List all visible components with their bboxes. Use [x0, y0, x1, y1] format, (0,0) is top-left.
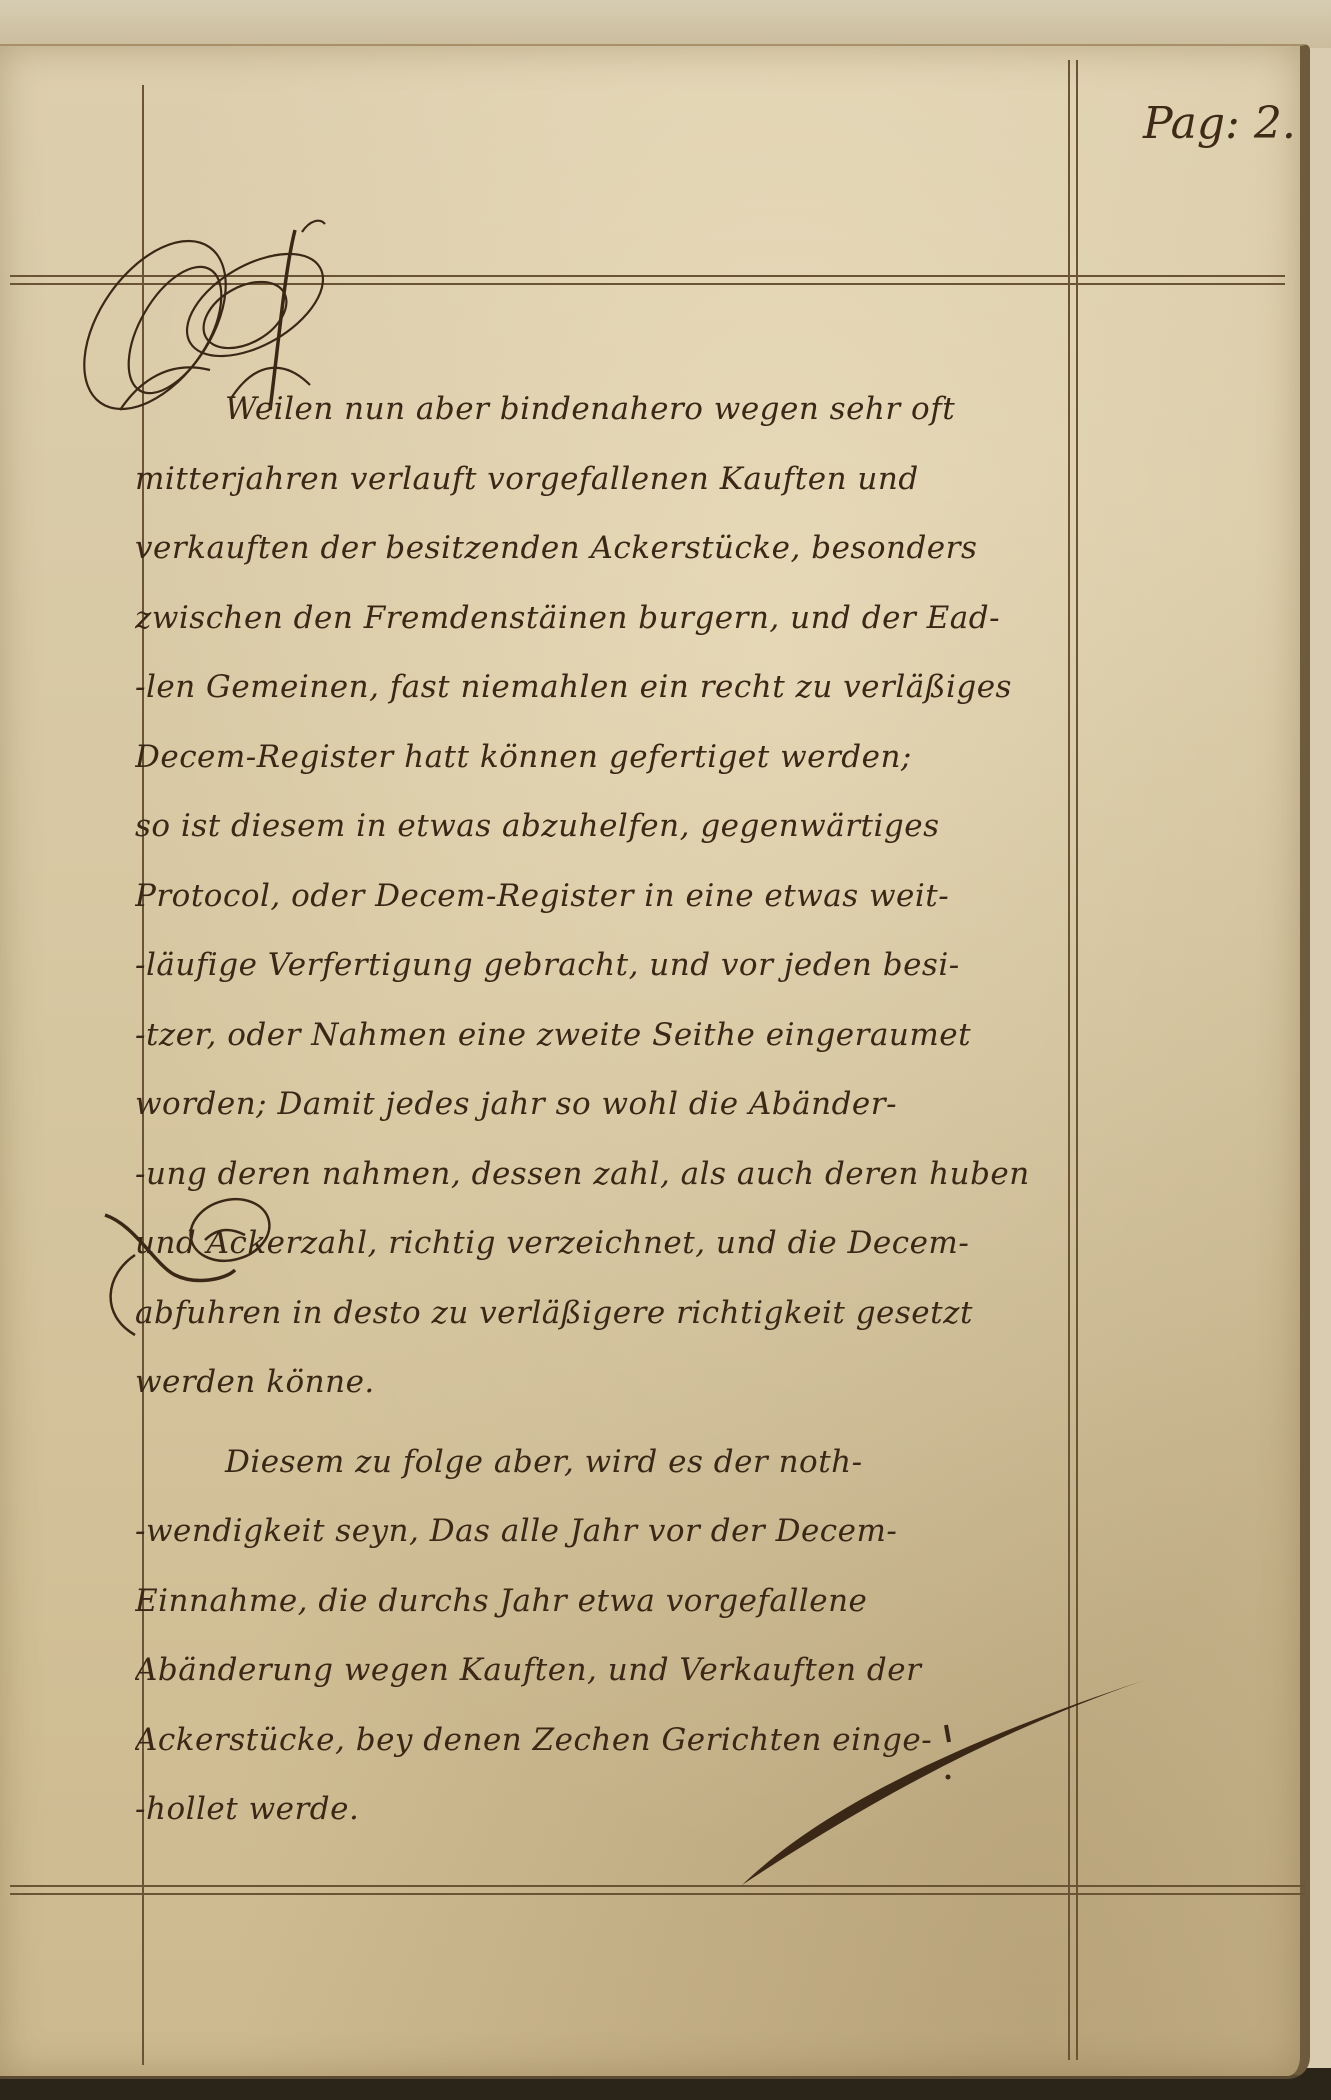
text-line: Decem-Register hatt können gefertiget we…: [135, 723, 1150, 793]
text-line: verkauften der besitzenden Ackerstücke, …: [135, 514, 1150, 584]
closing-pen-stroke-icon: [700, 1650, 1160, 1890]
manuscript-text: Weilen nun aber bindenahero wegen sehr o…: [135, 375, 1150, 1845]
text-line: Protocol, oder Decem-Register in eine et…: [135, 862, 1150, 932]
text-line: werden könne.: [135, 1348, 1150, 1418]
text-line: worden; Damit jedes jahr so wohl die Abä…: [135, 1070, 1150, 1140]
text-line: so ist diesem in etwas abzuhelfen, gegen…: [135, 792, 1150, 862]
text-line: -wendigkeit seyn, Das alle Jahr vor der …: [135, 1497, 1150, 1567]
text-line: abfuhren in desto zu verläßigere richtig…: [135, 1279, 1150, 1349]
scan-background-top: [0, 0, 1331, 48]
paragraph-gap: [135, 1418, 1150, 1428]
text-line: Einnahme, die durchs Jahr etwa vorgefall…: [135, 1567, 1150, 1637]
text-line: -läufige Verfertigung gebracht, und vor …: [135, 931, 1150, 1001]
page-number: Pag: 2.: [1143, 98, 1296, 149]
text-line: -ung deren nahmen, dessen zahl, als auch…: [135, 1140, 1150, 1210]
text-line: Weilen nun aber bindenahero wegen sehr o…: [135, 375, 1150, 445]
text-line: und Ackerzahl, richtig verzeichnet, und …: [135, 1209, 1150, 1279]
text-line: -len Gemeinen, fast niemahlen ein recht …: [135, 653, 1150, 723]
text-line: Diesem zu folge aber, wird es der noth-: [135, 1428, 1150, 1498]
text-line: mitterjahren verlauft vorgefallenen Kauf…: [135, 445, 1150, 515]
text-line: zwischen den Fremdenstäinen burgern, und…: [135, 584, 1150, 654]
text-line: -tzer, oder Nahmen eine zweite Seithe ei…: [135, 1001, 1150, 1071]
